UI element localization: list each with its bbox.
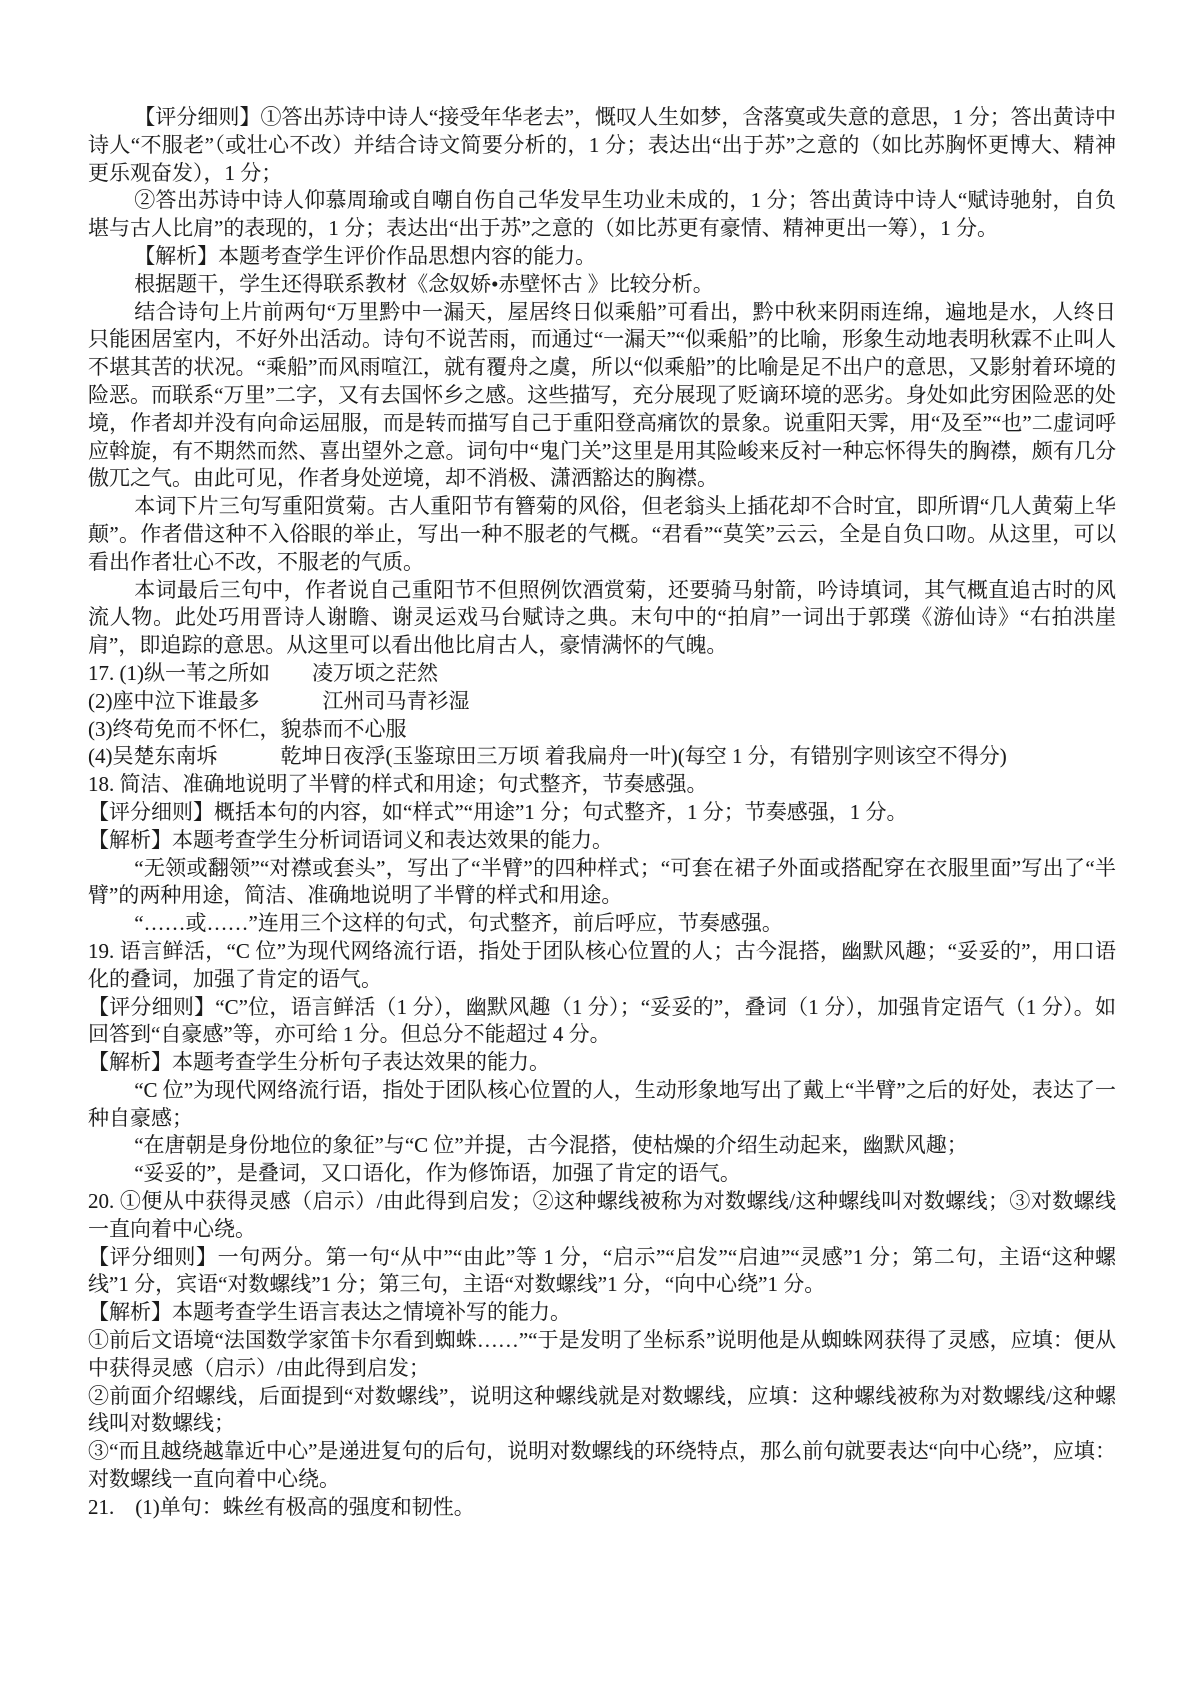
document-page: 【评分细则】①答出苏诗中诗人“接受年华老去”，慨叹人生如梦，含落寞或失意的意思，… [0, 0, 1200, 1698]
paragraph: (4)吴楚东南坼 乾坤日夜浮(玉鉴琼田三万顷 着我扁舟一叶)(每空 1 分，有错… [88, 743, 1116, 771]
paragraph: 21. (1)单句：蛛丝有极高的强度和韧性。 [88, 1494, 1116, 1522]
paragraph: “妥妥的”，是叠词，又口语化，作为修饰语，加强了肯定的语气。 [88, 1160, 1116, 1188]
paragraph: 【解析】本题考查学生语言表达之情境补写的能力。 [88, 1299, 1116, 1327]
paragraph: “无领或翻领”“对襟或套头”，写出了“半臂”的四种样式；“可套在裙子外面或搭配穿… [88, 855, 1116, 911]
paragraph: “在唐朝是身份地位的象征”与“C 位”并提，古今混搭，使枯燥的介绍生动起来，幽默… [88, 1132, 1116, 1160]
paragraph: 【解析】本题考查学生分析词语词义和表达效果的能力。 [88, 827, 1116, 855]
paragraph: “……或……”连用三个这样的句式，句式整齐，前后呼应，节奏感强。 [88, 910, 1116, 938]
paragraph: 18. 简洁、准确地说明了半臂的样式和用途；句式整齐，节奏感强。 [88, 771, 1116, 799]
paragraph: (3)终苟免而不怀仁，貌恭而不心服 [88, 716, 1116, 744]
paragraph: 【评分细则】概括本句的内容，如“样式”“用途”1 分；句式整齐，1 分；节奏感强… [88, 799, 1116, 827]
paragraph: 【评分细则】①答出苏诗中诗人“接受年华老去”，慨叹人生如梦，含落寞或失意的意思，… [88, 104, 1116, 187]
paragraph: ②前面介绍螺线，后面提到“对数螺线”，说明这种螺线就是对数螺线，应填：这种螺线被… [88, 1383, 1116, 1439]
paragraph: 【解析】本题考查学生评价作品思想内容的能力。 [88, 243, 1116, 271]
paragraph: 结合诗句上片前两句“万里黔中一漏天，屋居终日似乘船”可看出，黔中秋来阴雨连绵，遍… [88, 299, 1116, 494]
paragraph: 本词最后三句中，作者说自己重阳节不但照例饮酒赏菊，还要骑马射箭，吟诗填词，其气概… [88, 577, 1116, 660]
paragraph: ②答出苏诗中诗人仰慕周瑜或自嘲自伤自己华发早生功业未成的，1 分；答出黄诗中诗人… [88, 187, 1116, 243]
paragraph: 【评分细则】一句两分。第一句“从中”“由此”等 1 分，“启示”“启发”“启迪”… [88, 1244, 1116, 1300]
paragraph: 20. ①便从中获得灵感（启示）/由此得到启发；②这种螺线被称为对数螺线/这种螺… [88, 1188, 1116, 1244]
paragraph: 19. 语言鲜活，“C 位”为现代网络流行语，指处于团队核心位置的人；古今混搭，… [88, 938, 1116, 994]
paragraph: 【解析】本题考查学生分析句子表达效果的能力。 [88, 1049, 1116, 1077]
paragraph: “C 位”为现代网络流行语，指处于团队核心位置的人，生动形象地写出了戴上“半臂”… [88, 1077, 1116, 1133]
paragraph: 根据题干，学生还得联系教材《念奴娇•赤壁怀古 》比较分析。 [88, 271, 1116, 299]
paragraph: 本词下片三句写重阳赏菊。古人重阳节有簪菊的风俗，但老翁头上插花却不合时宜，即所谓… [88, 493, 1116, 576]
paragraph: ①前后文语境“法国数学家笛卡尔看到蜘蛛……”“于是发明了坐标系”说明他是从蜘蛛网… [88, 1327, 1116, 1383]
paragraph: 【评分细则】“C”位，语言鲜活（1 分），幽默风趣（1 分）；“妥妥的”，叠词（… [88, 994, 1116, 1050]
answer-key-text-block: 【评分细则】①答出苏诗中诗人“接受年华老去”，慨叹人生如梦，含落寞或失意的意思，… [88, 104, 1116, 1522]
paragraph: (2)座中泣下谁最多 江州司马青衫湿 [88, 688, 1116, 716]
paragraph: 17. (1)纵一苇之所如 凌万顷之茫然 [88, 660, 1116, 688]
paragraph: ③“而且越绕越靠近中心”是递进复句的后句，说明对数螺线的环绕特点，那么前句就要表… [88, 1438, 1116, 1494]
